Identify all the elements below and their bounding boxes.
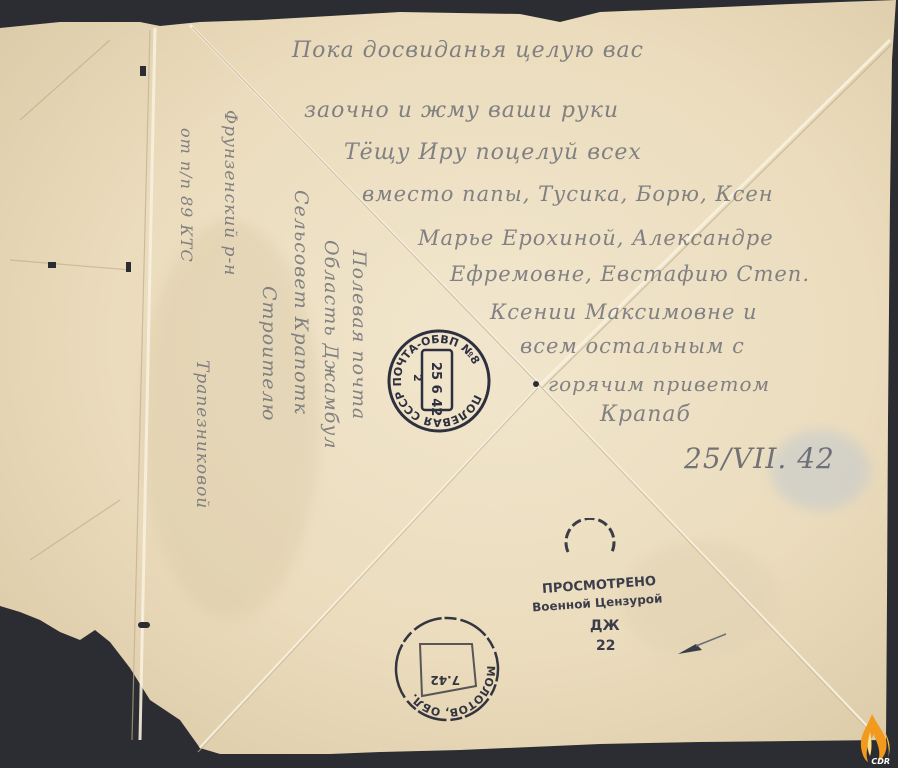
- censor-number: 22: [596, 638, 615, 654]
- svg-text:7.42: 7.42: [430, 673, 460, 687]
- letter-line: всем остальным с: [520, 334, 745, 358]
- postmark-stamp: МОЛОТОВ, ОБЛ. 7.42: [392, 616, 502, 722]
- letter-line: Тёщу Иру поцелуй всех: [344, 140, 642, 165]
- ink-mark: [674, 630, 734, 660]
- svg-text:2: 2: [411, 374, 424, 382]
- svg-text:25 6 42: 25 6 42: [428, 362, 443, 416]
- address-line: Трапезниковой: [192, 360, 212, 509]
- address-line: Полевая почта: [348, 250, 370, 420]
- letter-line: вместо папы, Тусика, Борю, Ксен: [362, 182, 774, 206]
- letter-photo: Пока досвиданья целую вас заочно и жму в…: [0, 0, 900, 768]
- letter-line: Ксении Максимовне и: [490, 300, 758, 324]
- letter-date: 25/VII. 42: [684, 442, 835, 475]
- letter-line: Марье Ерохиной, Александре: [418, 226, 774, 250]
- address-line: Сельсовет Крапотк: [290, 190, 312, 415]
- address-line: Фрунзенский р-н: [220, 110, 240, 276]
- address-line: Область Джамбул: [320, 240, 342, 449]
- letter-line: горячим приветом: [548, 372, 770, 396]
- letter-line: Пока досвиданья целую вас: [292, 38, 644, 63]
- address-line: от п/п 89 КТС: [177, 128, 196, 263]
- letter-line: заочно и жму ваши руки: [304, 98, 619, 123]
- address-line: Строителю: [258, 286, 280, 421]
- watermark-label: CDR: [871, 757, 890, 766]
- faint-stamp: [560, 518, 620, 570]
- censor-mark: ДЖ: [590, 618, 620, 634]
- signature: Крапаб: [600, 402, 691, 427]
- letter-line: Ефремовне, Евстафию Степ.: [450, 262, 810, 286]
- field-post-stamp: ПОЛЕВАЯ СССР ПОЧТА-ОБВП №8 25 6 42 2: [386, 328, 492, 434]
